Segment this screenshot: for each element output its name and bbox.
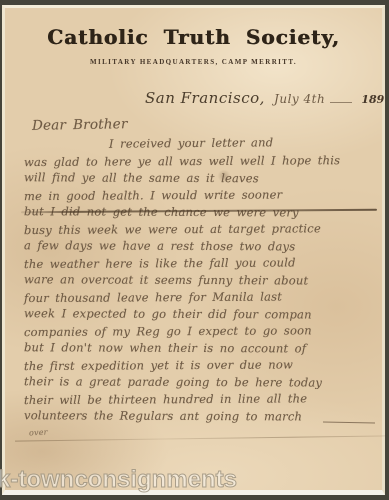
- salutation: Dear Brother: [32, 116, 128, 134]
- letter-line: a few days we have a rest those two days: [24, 238, 380, 257]
- letter-line: the first expedition yet it is over due …: [24, 357, 380, 376]
- letter-line: busy this week we were out at target pra…: [24, 221, 380, 240]
- postscript-scribble: over: [29, 428, 48, 438]
- date-blank-line: [330, 90, 352, 103]
- year-printed-label: 189: [361, 93, 384, 106]
- letter-line: four thousand leave here for Manila last: [24, 289, 380, 308]
- watermark-text: k-townconsignments: [0, 466, 237, 494]
- letter-line: their will be thirteen hundred in line a…: [24, 391, 380, 410]
- dateline: San Francisco, July 4th 189: [145, 88, 380, 110]
- letter-body: was glad to here ye all was well well I …: [24, 154, 380, 426]
- letter-line: the weather here is like the fall you co…: [24, 255, 380, 274]
- letter-photo: Catholic Truth Society, MILITARY HEADQUA…: [0, 0, 389, 500]
- paper-fold-crease-faint: [15, 435, 385, 441]
- letterhead-subtitle: MILITARY HEADQUARTERS, CAMP MERRITT.: [5, 58, 382, 66]
- letter-line: ware an overcoat it seems funny their ab…: [24, 272, 380, 291]
- handwritten-date: July 4th: [274, 92, 325, 106]
- letter-line: was glad to here ye all was well well I …: [24, 153, 380, 172]
- ink-smudge: [217, 170, 231, 182]
- letter-line: will find ye all the same as it leaves: [24, 170, 380, 189]
- letter-line: week I expected to go their did four com…: [24, 306, 380, 325]
- letter-line: their is a great parade going to be here…: [24, 374, 380, 393]
- letter-opening-line: I received your letter and: [109, 135, 273, 150]
- letter-line: but I did not get the chance we were ver…: [24, 204, 380, 223]
- city-printed-label: San Francisco,: [145, 89, 265, 107]
- letter-line: but I don't now when their is no account…: [24, 340, 380, 359]
- letter-line: companies of my Reg go I expect to go so…: [24, 323, 380, 342]
- letter-paper: Catholic Truth Society, MILITARY HEADQUA…: [2, 5, 385, 495]
- letter-line: me in good health. I would write sooner: [24, 187, 380, 206]
- letter-line: volunteers the Regulars ant going to mar…: [24, 408, 380, 427]
- letterhead-title: Catholic Truth Society,: [5, 25, 382, 49]
